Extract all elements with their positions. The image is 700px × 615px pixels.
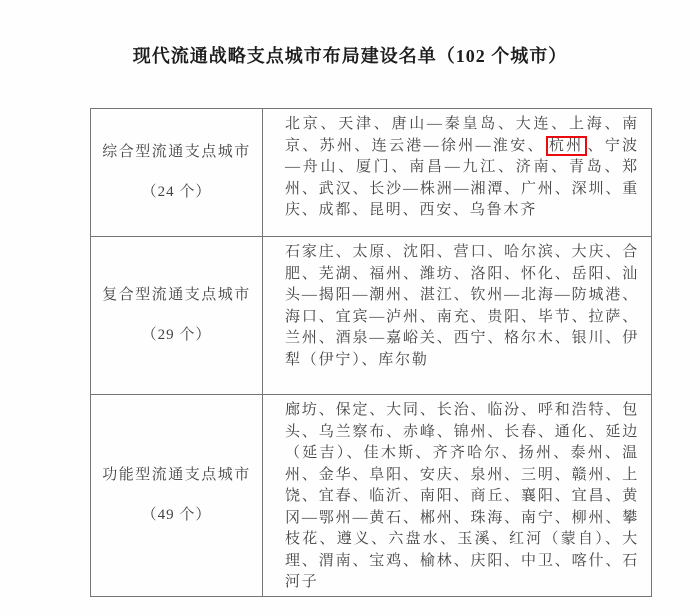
category-name: 综合型流通支点城市 xyxy=(92,142,261,163)
cities-text: 石家庄、太原、沈阳、营口、哈尔滨、大庆、合肥、芜湖、福州、潍坊、洛阳、怀化、岳阳… xyxy=(285,244,639,368)
cities-cell-composite: 石家庄、太原、沈阳、营口、哈尔滨、大庆、合肥、芜湖、福州、潍坊、洛阳、怀化、岳阳… xyxy=(263,237,652,395)
category-name: 复合型流通支点城市 xyxy=(92,285,261,306)
category-cell-functional: 功能型流通支点城市 （49 个） xyxy=(91,395,263,597)
page-title: 现代流通战略支点城市布局建设名单（102 个城市） xyxy=(0,42,700,68)
cities-text: 廊坊、保定、大同、长治、临汾、呼和浩特、包头、乌兰察布、赤峰、锦州、长春、通化、… xyxy=(285,402,639,590)
cities-cell-functional: 廊坊、保定、大同、长治、临汾、呼和浩特、包头、乌兰察布、赤峰、锦州、长春、通化、… xyxy=(263,395,652,597)
table-row-functional: 功能型流通支点城市 （49 个） 廊坊、保定、大同、长治、临汾、呼和浩特、包头、… xyxy=(91,395,652,597)
category-cell-composite: 复合型流通支点城市 （29 个） xyxy=(91,237,263,395)
document-page: 现代流通战略支点城市布局建设名单（102 个城市） 综合型流通支点城市 （24 … xyxy=(0,0,700,615)
city-list-table: 综合型流通支点城市 （24 个） 北京、天津、唐山—秦皇岛、大连、上海、南京、苏… xyxy=(90,108,652,597)
category-name: 功能型流通支点城市 xyxy=(92,465,261,486)
category-count: （24 个） xyxy=(92,182,261,203)
table-row-composite: 复合型流通支点城市 （29 个） 石家庄、太原、沈阳、营口、哈尔滨、大庆、合肥、… xyxy=(91,237,652,395)
table-row-comprehensive: 综合型流通支点城市 （24 个） 北京、天津、唐山—秦皇岛、大连、上海、南京、苏… xyxy=(91,109,652,237)
category-count: （29 个） xyxy=(92,325,261,346)
category-count: （49 个） xyxy=(92,505,261,526)
category-cell-comprehensive: 综合型流通支点城市 （24 个） xyxy=(91,109,263,237)
highlighted-city-hangzhou: 杭州 xyxy=(546,136,587,156)
cities-cell-comprehensive: 北京、天津、唐山—秦皇岛、大连、上海、南京、苏州、连云港—徐州—淮安、杭州、宁波… xyxy=(263,109,652,237)
